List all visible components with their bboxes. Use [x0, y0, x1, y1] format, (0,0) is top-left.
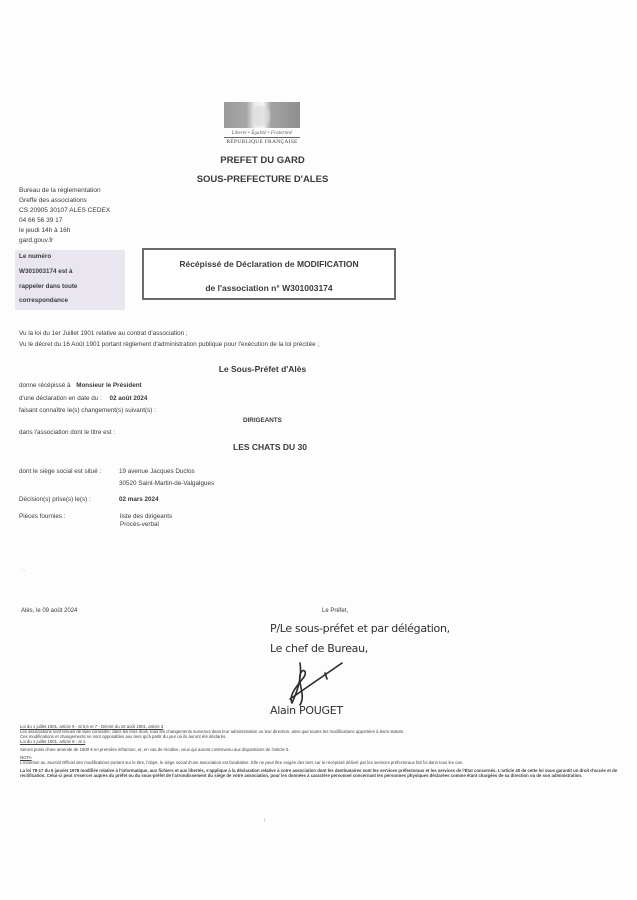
marianne-logo-icon — [224, 102, 300, 128]
document-title: Récépissé de Déclaration de MODIFICATION — [144, 259, 394, 269]
decision-label: Décision(s) prise(s) le(s) : — [19, 496, 91, 503]
siege-address-line1: 19 avenue Jacques Duclos — [119, 468, 195, 475]
pieces-list: liste des dirigeants Procès-verbal — [120, 513, 172, 528]
scan-speck: ı — [264, 818, 266, 824]
chef-bureau-line: Le chef de Bureau, — [270, 642, 368, 655]
nota-text: L'insertion au Journal Officiel des modi… — [20, 760, 620, 765]
piece-item: liste des dirigeants — [120, 513, 172, 521]
decision-date: 02 mars 2024 — [119, 496, 159, 503]
bureau-line: Greffe des associations — [19, 196, 110, 206]
republique-francaise: RÉPUBLIQUE FRANÇAISE — [222, 139, 302, 145]
logo-divider — [224, 137, 300, 138]
recepisse-row: donne récépissé à Monsieur le Président — [19, 382, 142, 389]
bureau-website: gard.gouv.fr — [19, 236, 110, 246]
bureau-line: Bureau de la réglementation — [19, 186, 110, 196]
changements-label: faisant connaître le(s) changement(s) su… — [19, 407, 156, 414]
motto: Liberté • Égalité • Fraternité — [222, 131, 302, 136]
association-number: de l'association n° W301003174 — [144, 283, 394, 293]
declaration-date: 02 août 2024 — [110, 395, 148, 402]
siege-label: dont le siège social est situé : — [19, 468, 101, 475]
numero-notice-line: W301003174 est à — [19, 265, 125, 280]
visa-loi: Vu la loi du 1er Juillet 1901 relative a… — [19, 330, 188, 337]
pieces-label: Pièces fournies : — [19, 513, 66, 520]
letterhead-logo: Liberté • Égalité • Fraternité RÉPUBLIQU… — [222, 102, 302, 145]
le-prefet: Le Préfet, — [322, 608, 348, 614]
declaration-label: d'une déclaration en date du : — [19, 395, 102, 402]
legal-para-2: Seront punis d'une amende de 1500 € en p… — [20, 747, 620, 752]
cnil-text: La loi 78-17 du 6 janvier 1978 modifiée … — [20, 768, 620, 778]
recepisse-value: Monsieur le Président — [76, 382, 141, 389]
legal-footer: Loi du 1 juillet 1901, article 5 - al 5,… — [20, 724, 620, 778]
association-title: LES CHATS DU 30 — [0, 442, 540, 452]
delegation-line: P/Le sous-préfet et par délégation, — [270, 622, 450, 635]
visa-decret: Vu le décret du 16 Août 1901 portant règ… — [19, 341, 319, 348]
bureau-line: CS 20905 30107 ALES CEDEX — [19, 206, 110, 216]
recepisse-label: donne récépissé à — [19, 382, 70, 389]
changements-value: DIRIGEANTS — [243, 417, 282, 424]
document-title-box: Récépissé de Déclaration de MODIFICATION… — [142, 248, 396, 300]
siege-address-line2: 30520 Saint-Martin-de-Valgalgues — [119, 480, 214, 487]
bureau-address: Bureau de la réglementation Greffe des a… — [19, 186, 110, 246]
signatory-name: Alain POUGET — [270, 704, 343, 717]
place-date: Alès, le 09 août 2024 — [21, 608, 77, 614]
numero-notice-line: correspondance — [19, 294, 125, 309]
authority: Le Sous-Préfet d'Alès — [0, 364, 525, 374]
bureau-phone: 04 66 56 39 17 — [19, 216, 110, 226]
piece-item: Procès-verbal — [120, 521, 172, 529]
titre-label: dans l'association dont le titre est : — [19, 429, 115, 436]
legal-ref-2: Loi du 1 juillet 1901, article 8 - al 1 — [20, 739, 620, 744]
numero-notice: Le numéro W301003174 est à rappeler dans… — [15, 250, 125, 310]
declaration-row: d'une déclaration en date du : 02 août 2… — [19, 395, 147, 402]
scan-speck: ·:· — [20, 568, 26, 574]
handwritten-signature-icon — [280, 655, 350, 710]
numero-notice-line: Le numéro — [19, 250, 125, 265]
bureau-hours: le jeudi 14h à 16h — [19, 226, 110, 236]
prefet-heading: PREFET DU GARD — [0, 155, 525, 166]
numero-notice-line: rappeler dans toute — [19, 280, 125, 295]
sous-prefecture-heading: SOUS-PREFECTURE D'ALES — [0, 174, 525, 185]
